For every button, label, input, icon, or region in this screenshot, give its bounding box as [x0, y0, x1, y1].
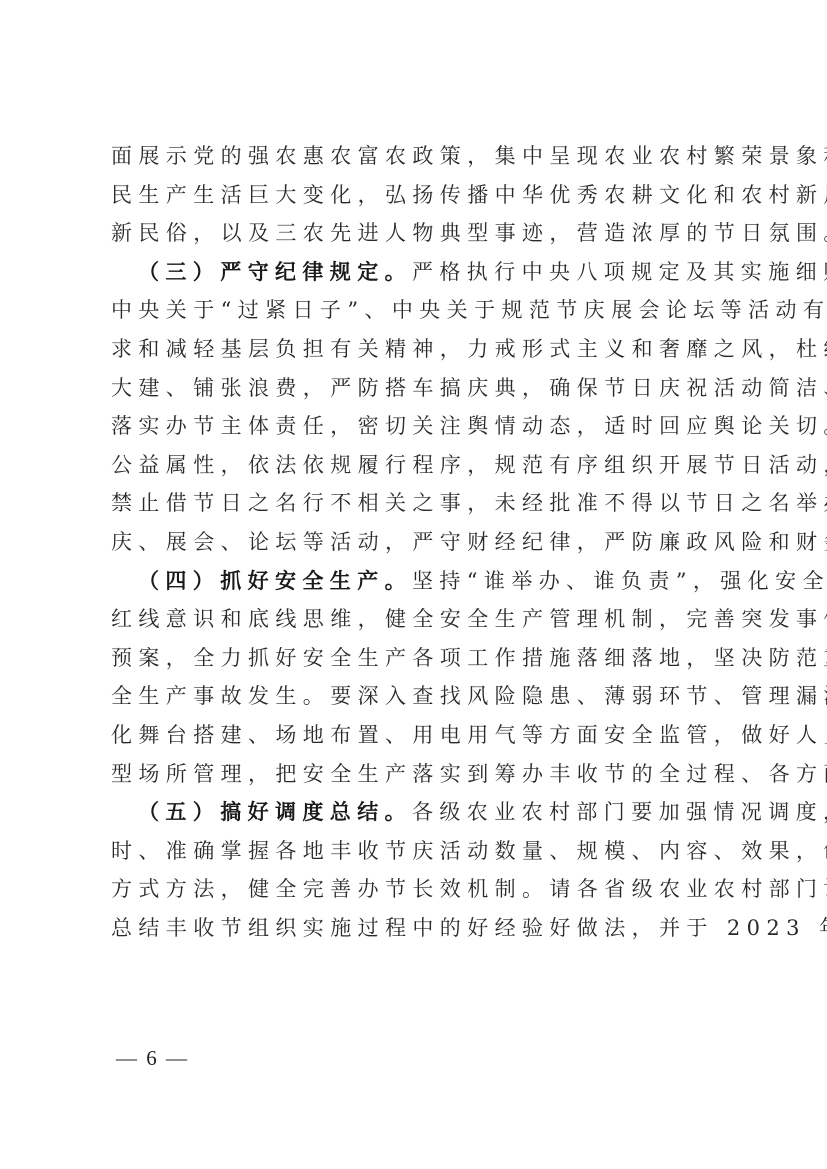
text-line: 型场所管理，把安全生产落实到筹办丰收节的全过程、各方面。: [111, 755, 723, 794]
text-line: 总结丰收节组织实施过程中的好经验好做法，并于 2023 年 10 月: [111, 909, 723, 948]
text-line: 民生产生活巨大变化，弘扬传播中华优秀农耕文化和农村新风尚: [111, 176, 723, 215]
text-line: 红线意识和底线思维，健全安全生产管理机制，完善突发事件应急: [111, 600, 723, 639]
section-5-heading: （五）搞好调度总结。: [138, 799, 412, 824]
text-line: 方式方法，健全完善办节长效机制。请各省级农业农村部门认真: [111, 870, 723, 909]
text-line: 禁止借节日之名行不相关之事，未经批准不得以节日之名举办节: [111, 484, 723, 523]
text-line: 中央关于“过紧日子”、中央关于规范节庆展会论坛等活动有关要: [111, 291, 723, 330]
section-4-first-line: （四）抓好安全生产。坚持“谁举办、谁负责”，强化安全生产: [111, 562, 723, 601]
section-4-text: 坚持“谁举办、谁负责”，强化安全生产: [412, 569, 827, 593]
text-line: 预案，全力抓好安全生产各项工作措施落细落地，坚决防范重大安: [111, 639, 723, 678]
text-line: 求和减轻基层负担有关精神，力戒形式主义和奢靡之风，杜绝大拆: [111, 330, 723, 369]
section-3-heading: （三）严守纪律规定。: [138, 259, 412, 284]
text-line: 化舞台搭建、场地布置、用电用气等方面安全监管，做好人员密集: [111, 716, 723, 755]
text-line: 公益属性，依法依规履行程序，规范有序组织开展节日活动，坚决: [111, 446, 723, 485]
section-5-text: 各级农业农村部门要加强情况调度，及: [412, 800, 827, 824]
document-page: 面展示党的强农惠农富农政策，集中呈现农业农村繁荣景象和农 民生产生活巨大变化，弘…: [0, 0, 827, 1169]
section-4-heading: （四）抓好安全生产。: [138, 568, 412, 593]
text-line: 时、准确掌握各地丰收节庆活动数量、规模、内容、效果，创新工作: [111, 832, 723, 871]
page-number: — 6 —: [116, 1046, 189, 1071]
body-text: 面展示党的强农惠农富农政策，集中呈现农业农村繁荣景象和农 民生产生活巨大变化，弘…: [111, 137, 723, 947]
text-line: 大建、铺张浪费，严防搭车搞庆典，确保节日庆祝活动简洁、务实。: [111, 369, 723, 408]
text-line: 新民俗，以及三农先进人物典型事迹，营造浓厚的节日氛围。: [111, 214, 723, 253]
text-line: 全生产事故发生。要深入查找风险隐患、薄弱环节、管理漏洞，强: [111, 677, 723, 716]
section-5-first-line: （五）搞好调度总结。各级农业农村部门要加强情况调度，及: [111, 793, 723, 832]
text-line: 面展示党的强农惠农富农政策，集中呈现农业农村繁荣景象和农: [111, 137, 723, 176]
text-line: 庆、展会、论坛等活动，严守财经纪律，严防廉政风险和财务风险。: [111, 523, 723, 562]
text-line: 落实办节主体责任，密切关注舆情动态，适时回应舆论关切。坚持: [111, 407, 723, 446]
section-3-text: 严格执行中央八项规定及其实施细则、: [412, 260, 827, 284]
section-3-first-line: （三）严守纪律规定。严格执行中央八项规定及其实施细则、: [111, 253, 723, 292]
